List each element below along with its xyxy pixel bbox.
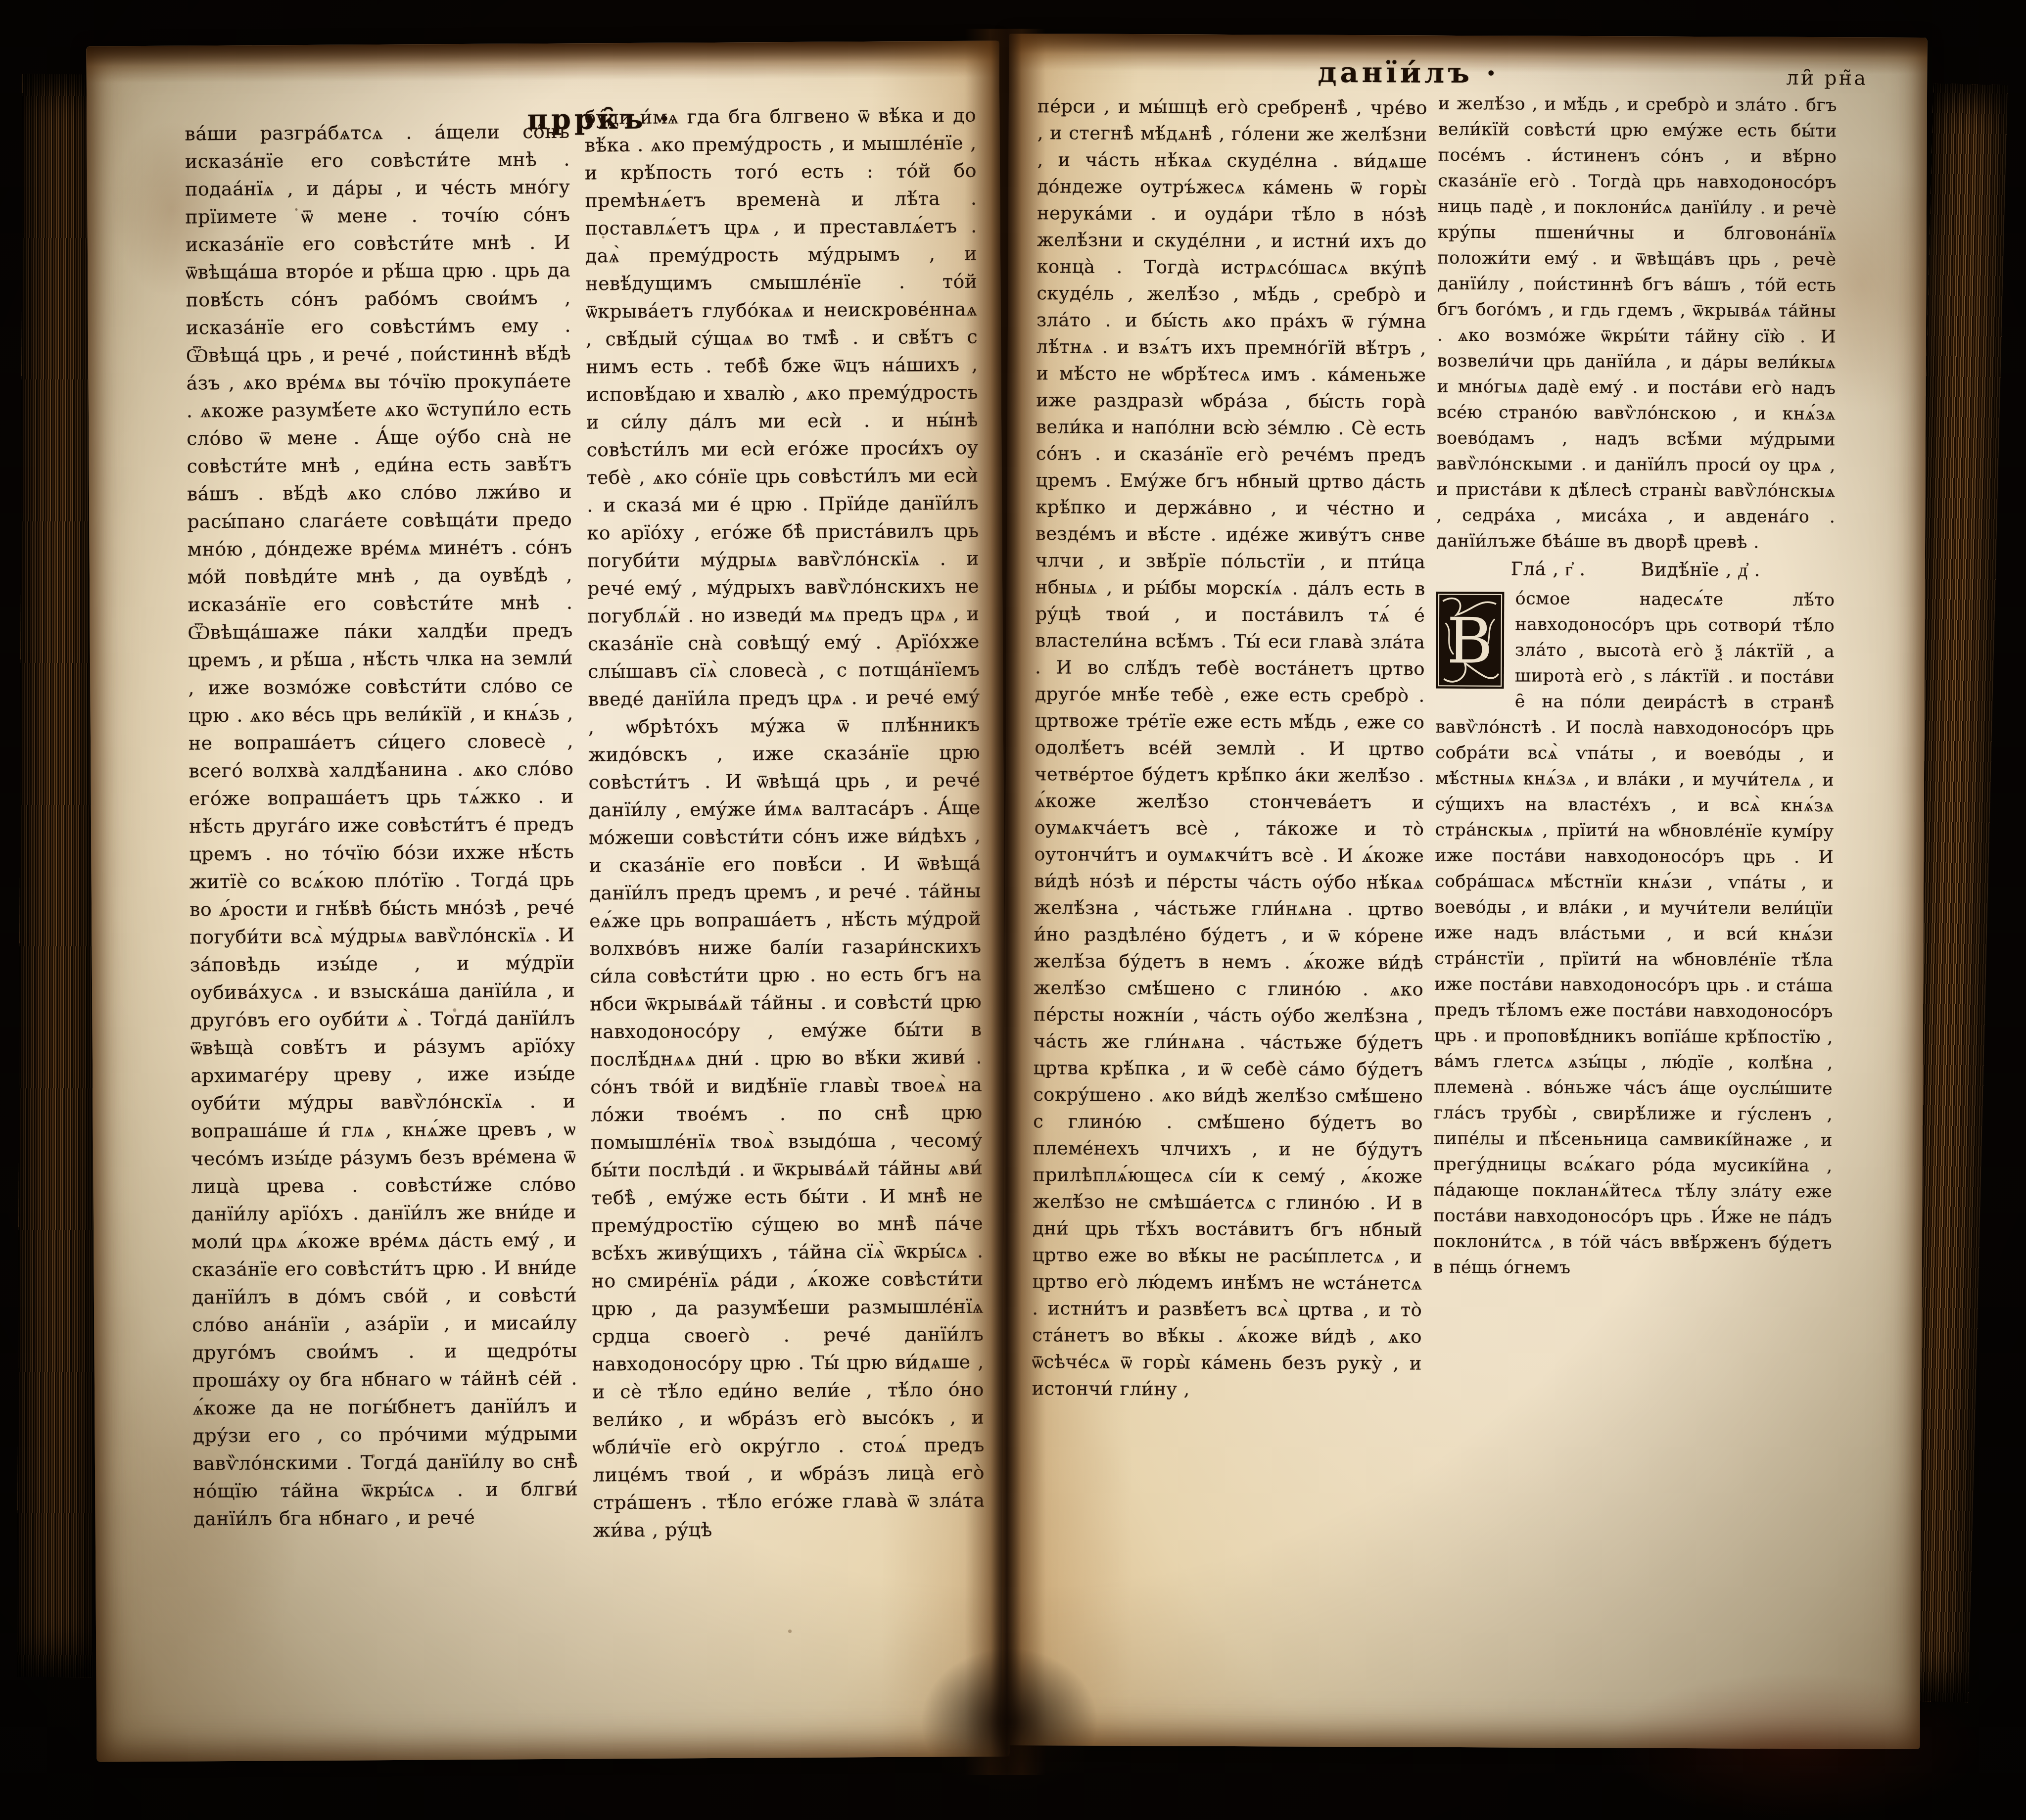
column4-pre-heading-text: и желѣ́зо , и мѣ́дь , и сребро̀ и зла́то… xyxy=(1436,94,1837,553)
paper-specks xyxy=(295,208,297,211)
left-fore-edge-pages xyxy=(17,74,97,1678)
text-column-2: бу́ди и́мѧ гда бга блгвено ѿ вѣ́ка и до … xyxy=(584,101,985,1592)
folio-number: ли̑ рн̃а xyxy=(1786,67,1868,90)
book-gutter-shadow xyxy=(965,29,1046,1775)
binding-highlight xyxy=(1608,1672,1984,1820)
left-page: пррк̑ъ · ва́ши разгра́бѧтсѧ . а́щели со́… xyxy=(86,41,1009,1762)
burnt-top-edge xyxy=(86,41,999,83)
text-column-4: и желѣ́зо , и мѣ́дь , и сребро̀ и зла́то… xyxy=(1432,91,1837,1585)
text-column-1: ва́ши разгра́бѧтсѧ . а́щели со́нъ исказа… xyxy=(185,118,578,1594)
column4-post-heading-text: о́смое надесѧ́те лѣ́то навходоносо́ръ цр… xyxy=(1433,589,1835,1278)
chapter-heading: Гла́ , г҆ . Видѣ́нїе , д҆ . xyxy=(1436,556,1835,584)
text-column-3: пе́рси , и мы́шцѣ его̀ сребренѣ̀ , чре́в… xyxy=(1031,93,1427,1579)
right-page: данїи́лъ · ли̑ рн̃а пе́рси , и мы́шцѣ ег… xyxy=(1001,34,1927,1749)
woodcut-initial: В xyxy=(1436,592,1505,689)
gutter-bottom-shadow xyxy=(920,1647,1098,1796)
book-photo: пррк̑ъ · ва́ши разгра́бѧтсѧ . а́щели со́… xyxy=(0,0,2026,1820)
initial-letter: В xyxy=(1447,604,1494,677)
